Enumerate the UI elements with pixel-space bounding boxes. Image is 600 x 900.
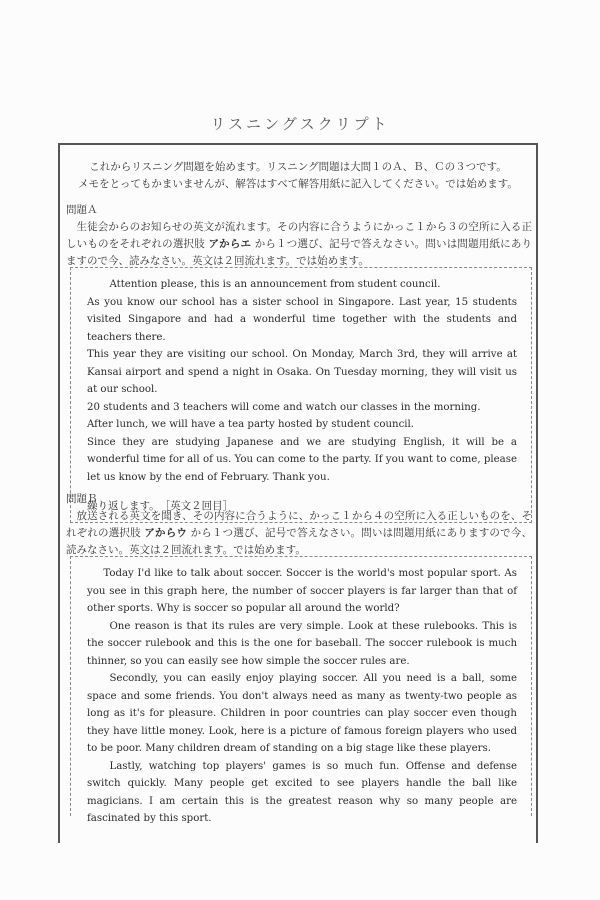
section-a-script-line: 20 students and 3 teachers will come and… xyxy=(87,399,517,417)
section-b-script-paragraph: Secondly, you can easily enjoy playing s… xyxy=(87,670,517,758)
section-a-label: 問題Ａ xyxy=(66,202,98,217)
section-a-script-line: Attention please, this is an announcemen… xyxy=(87,276,517,294)
section-a-script-box: Attention please, this is an announcemen… xyxy=(70,267,532,523)
section-b-instructions: 放送される英文を聞き、その内容に合うように、かっこ１から４の空所に入る正しいもの… xyxy=(66,508,532,559)
section-a-script-line: Since they are studying Japanese and we … xyxy=(87,434,517,487)
section-a-instructions: 生徒会からのお知らせの英文が流れます。その内容に合うようにかっこ１から３の空所に… xyxy=(66,219,532,270)
section-a-script-line: As you know our school has a sister scho… xyxy=(87,294,517,347)
section-b-script-paragraph: Lastly, watching top players' games is s… xyxy=(87,758,517,828)
intro-text: これからリスニング問題を始めます。リスニング問題は大問１のＡ、Ｂ、Ｃの３つです。… xyxy=(60,159,536,193)
section-b-choice-range: アからウ xyxy=(144,527,187,539)
section-b-label: 問題Ｂ xyxy=(66,491,98,506)
page-title: リスニングスクリプト xyxy=(0,113,600,134)
intro-line-1: これからリスニング問題を始めます。リスニング問題は大問１のＡ、Ｂ、Ｃの３つです。 xyxy=(60,159,536,176)
section-a-script-line: This year they are visiting our school. … xyxy=(87,346,517,399)
section-b-script-paragraph: One reason is that its rules are very si… xyxy=(87,618,517,671)
intro-line-2: メモをとってもかまいませんが、解答はすべて解答用紙に記入してください。では始めま… xyxy=(60,176,536,193)
section-a-script-line: After lunch, we will have a tea party ho… xyxy=(87,416,517,434)
section-b-script-paragraph: Today I'd like to talk about soccer. Soc… xyxy=(87,565,517,618)
section-b-script-box: Today I'd like to talk about soccer. Soc… xyxy=(70,556,532,816)
section-a-choice-range: アからエ xyxy=(208,238,251,250)
script-frame: これからリスニング問題を始めます。リスニング問題は大問１のＡ、Ｂ、Ｃの３つです。… xyxy=(58,143,538,843)
